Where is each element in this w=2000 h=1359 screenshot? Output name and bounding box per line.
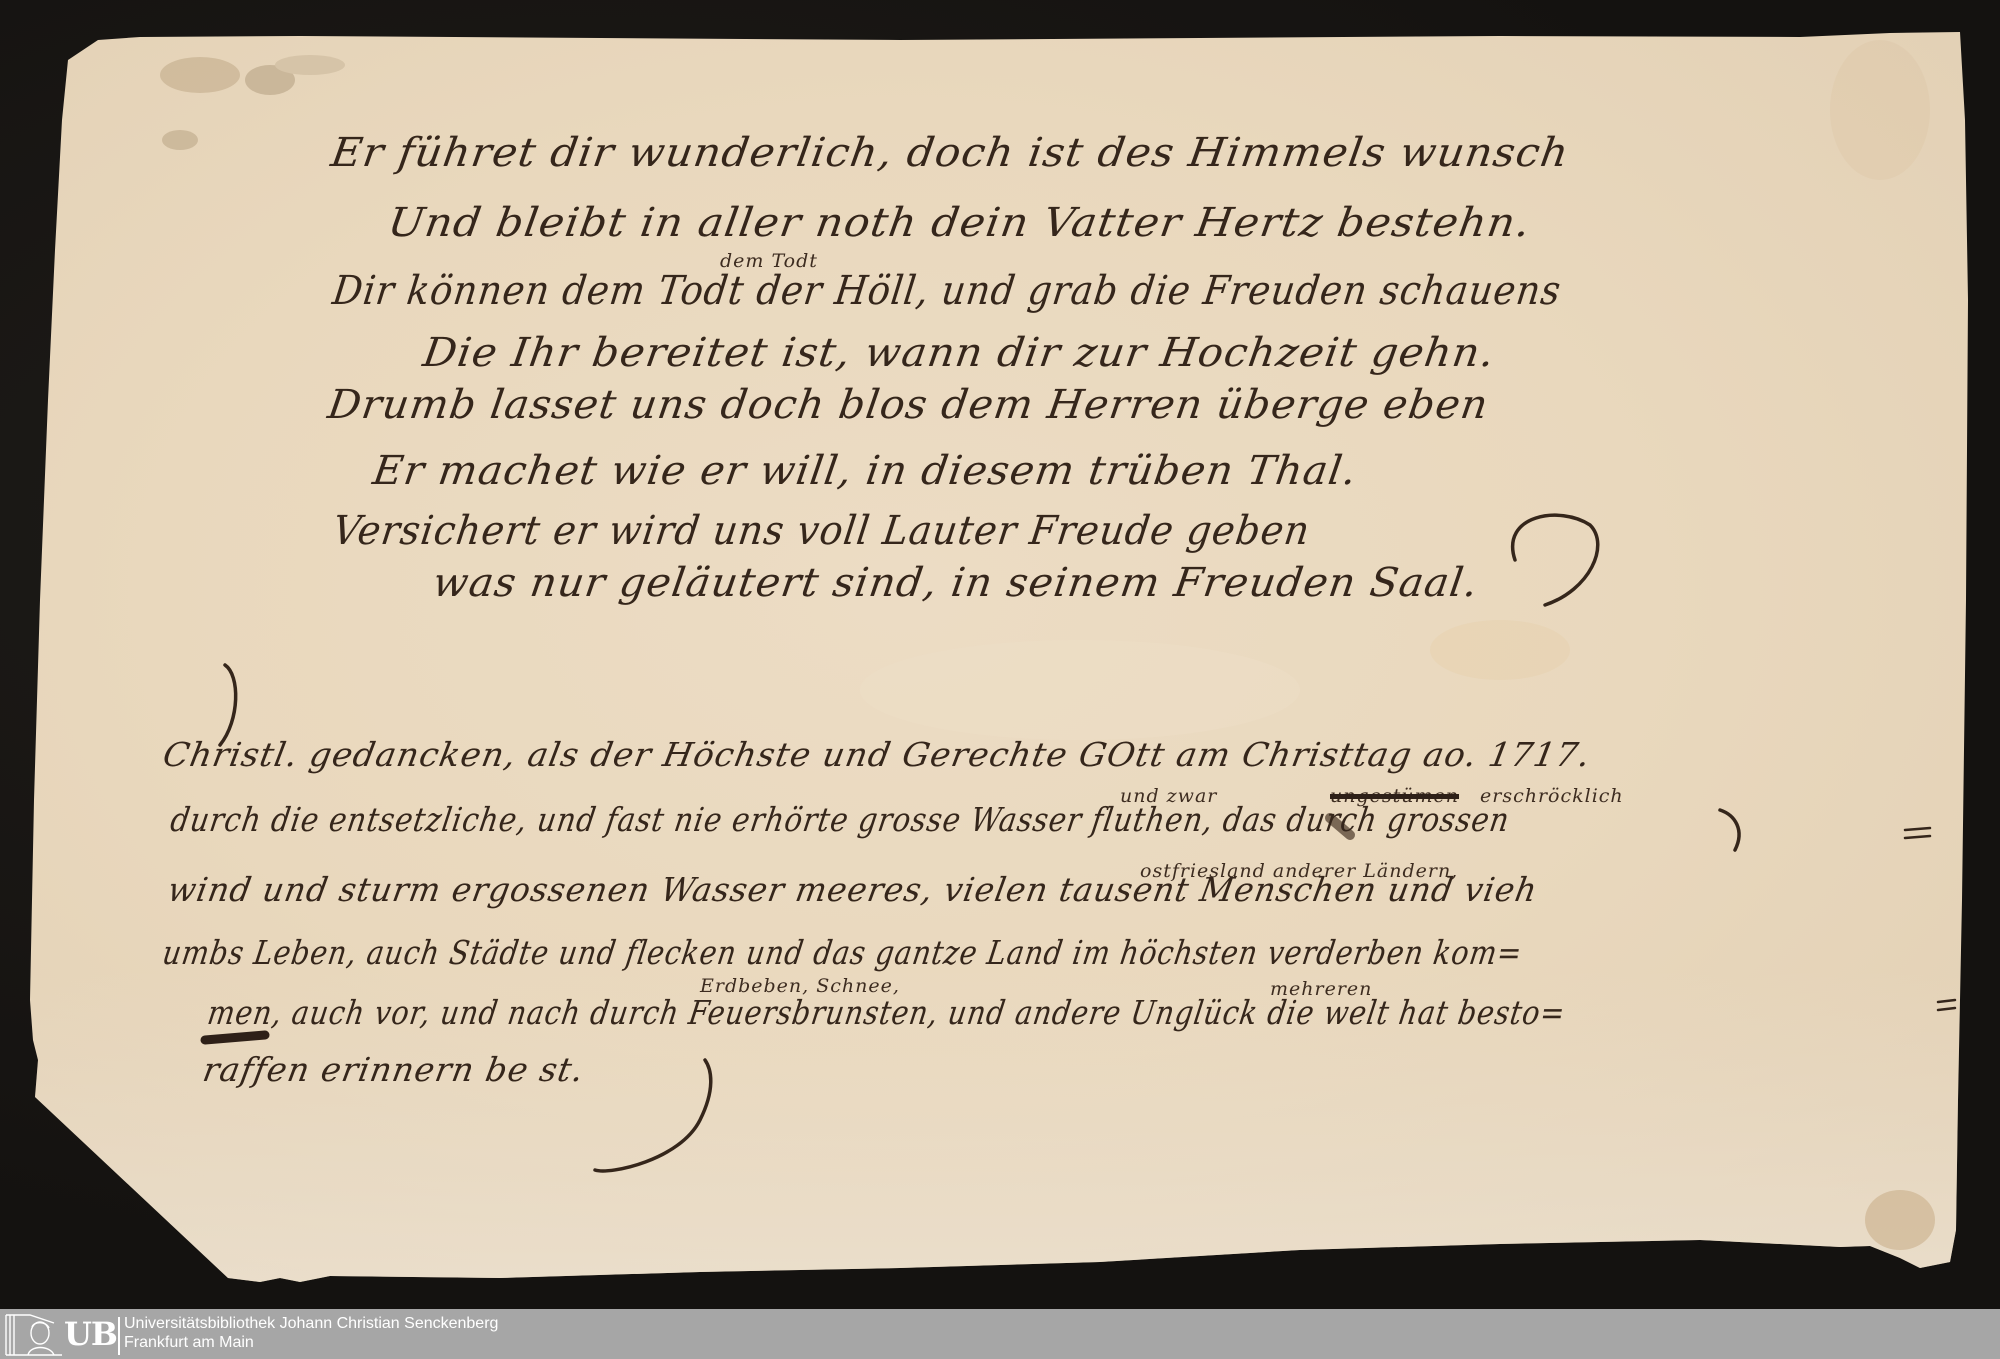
portrait-bust-icon — [4, 1311, 64, 1357]
verse-line-2: Und bleibt in aller noth dein Vatter Her… — [385, 200, 1534, 246]
institution-line-2: Frankfurt am Main — [124, 1333, 498, 1352]
prose-line-5: men, auch vor, und nach durch Feuersbrun… — [205, 993, 1568, 1032]
prose-line-6: raffen erinnern be st. — [200, 1050, 587, 1089]
ub-logo: UB — [4, 1311, 114, 1357]
verse-line-1: Er führet dir wunderlich, doch ist des H… — [328, 130, 1572, 176]
verse-line-5: Drumb lasset uns doch blos dem Herren üb… — [325, 382, 1491, 428]
verse-line-3: Dir können dem Todt der Höll, und grab d… — [330, 268, 1564, 314]
verse-line-7: Versichert er wird uns voll Lauter Freud… — [330, 508, 1313, 554]
prose-line-4: umbs Leben, auch Städte und flecken und … — [160, 933, 1525, 972]
verse-line-6: Er machet wie er will, in diesem trüben … — [370, 448, 1360, 494]
logo-divider — [118, 1317, 120, 1355]
verse-line-4: Die Ihr bereitet ist, wann dir zur Hochz… — [420, 330, 1498, 376]
institution-line-1: Universitätsbibliothek Johann Christian … — [124, 1314, 498, 1333]
manuscript-page: Er führet dir wunderlich, doch ist des H… — [0, 0, 2000, 1309]
prose-line-2: durch die entsetzliche, und fast nie erh… — [168, 800, 1512, 839]
paper-sheet-shape — [0, 0, 2000, 1309]
prose-line-1: Christl. gedancken, als der Höchste und … — [160, 735, 1594, 774]
library-footer-banner: UB Universitätsbibliothek Johann Christi… — [0, 1309, 2000, 1359]
ub-logo-text: UB — [64, 1315, 117, 1353]
prose-line-3: wind und sturm ergossenen Wasser meeres,… — [165, 870, 1541, 909]
verse-line-8: was nur geläutert sind, in seinem Freude… — [430, 560, 1481, 606]
institution-name: Universitätsbibliothek Johann Christian … — [124, 1314, 498, 1352]
